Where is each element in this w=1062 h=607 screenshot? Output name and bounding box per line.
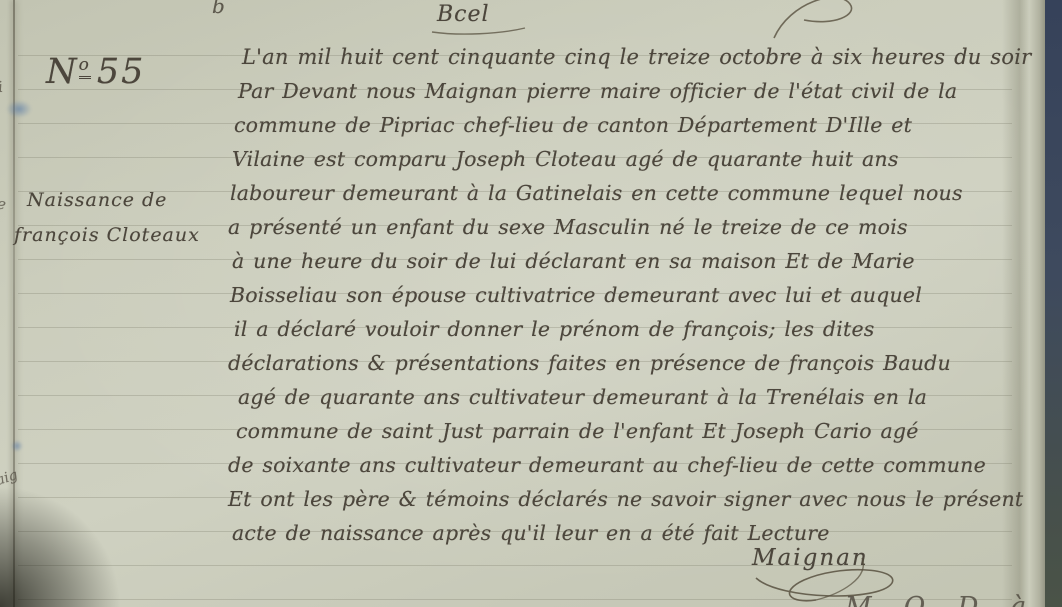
act-number: No55 (46, 52, 145, 92)
edge-bleed-fragment: aig (0, 467, 20, 489)
act-line: de soixante ans cultivateur demeurant au… (228, 448, 1028, 482)
edge-bleed-fragment: e (0, 194, 7, 213)
act-line: L'an mil huit cent cinquante cinq le tre… (228, 40, 1028, 74)
act-line: il a déclaré vouloir donner le prénom de… (228, 312, 1028, 346)
corner-shadow (0, 487, 130, 607)
act-line: a présenté un enfant du sexe Masculin né… (228, 210, 1028, 244)
act-line: commune de Pipriac chef-lieu de canton D… (228, 108, 1028, 142)
act-line: agé de quarante ans cultivateur demeuran… (228, 380, 1028, 414)
signature-flourish-mark (760, 0, 890, 41)
margin-note-naissance: Naissance de (27, 189, 167, 211)
act-body-text: L'an mil huit cent cinquante cinq le tre… (228, 40, 1028, 550)
previous-signature-underline (430, 24, 550, 38)
stray-ink-mark: b (212, 0, 225, 18)
act-line: Par Devant nous Maignan pierre maire off… (228, 74, 1028, 108)
act-number-ordinal: o (79, 55, 91, 79)
desk-background (1045, 0, 1062, 607)
act-line: commune de saint Just parrain de l'enfan… (228, 414, 1028, 448)
act-line: Et ont les père & témoins déclarés ne sa… (228, 482, 1028, 516)
blue-ink-stain-small (11, 440, 23, 452)
act-line: Vilaine est comparu Joseph Cloteau agé d… (228, 142, 1028, 176)
act-number-prefix: N (46, 52, 79, 92)
binding-fold (13, 0, 15, 607)
blue-ink-stain (6, 100, 32, 118)
next-act-letter-tops: M O D à (845, 592, 1045, 607)
act-line: acte de naissance après qu'il leur en a … (228, 516, 1028, 550)
margin-note-name: françois Cloteaux (14, 224, 200, 246)
act-line: à une heure du soir de lui déclarant en … (228, 244, 1028, 278)
act-line: déclarations & présentations faites en p… (228, 346, 1028, 380)
act-number-value: 55 (97, 52, 146, 92)
act-line: laboureur demeurant à la Gatinelais en c… (228, 176, 1028, 210)
edge-bleed-fragment: i (0, 78, 4, 96)
scanned-register-page: i e aig b Bcel No55 Naissance de françoi… (0, 0, 1062, 607)
act-line: Boisseliau son épouse cultivatrice demeu… (228, 278, 1028, 312)
